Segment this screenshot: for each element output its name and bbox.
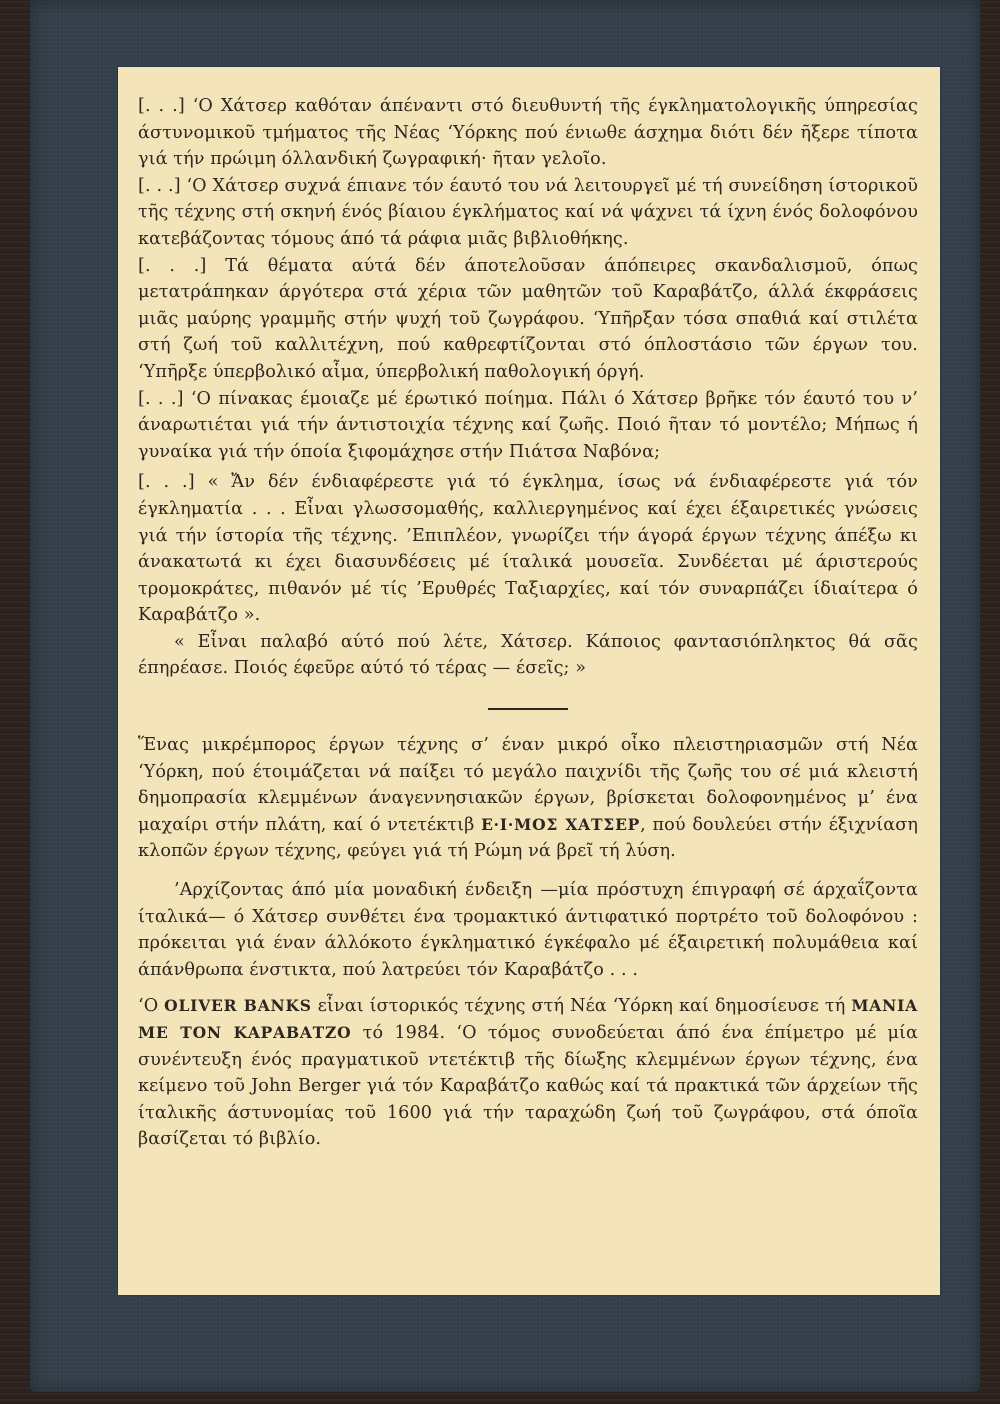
- section-divider: [488, 708, 568, 710]
- about-author-section: ‘Ο OLIVER BANKS εἶναι ίστορικός τέχνης σ…: [138, 993, 918, 1153]
- ellipsis-marker: [. . .]: [138, 176, 181, 196]
- excerpt-text: « Ἄν δέν ένδιαφέρεστε γιά τό έγκλημα, ίσ…: [138, 472, 918, 625]
- excerpts-section: [. . .] ‘Ο Χάτσερ καθόταν άπέναντι στό δ…: [138, 93, 918, 682]
- dialog-reply: « Εἶναι παλαβό αύτό πού λέτε, Χάτσερ. Κά…: [138, 629, 918, 682]
- synopsis-section: Ἕνας μικρέμπορος έργων τέχνης σ’ έναν μι…: [138, 732, 918, 983]
- excerpt-3: [. . .] Τά θέματα αύτά δέν άποτελοῦσαν ά…: [138, 253, 918, 386]
- ellipsis-marker: [. . .]: [138, 472, 195, 492]
- back-cover-text-label: [. . .] ‘Ο Χάτσερ καθόταν άπέναντι στό δ…: [118, 67, 940, 1295]
- synopsis-paragraph-2: ’Αρχίζοντας άπό μία μοναδική ένδειξη —μί…: [138, 877, 918, 983]
- ellipsis-marker: [. . .]: [138, 96, 185, 116]
- excerpt-4: [. . .] ‘Ο πίνακας έμοιαζε μέ έρωτικό πο…: [138, 386, 918, 466]
- excerpt-text: Τά θέματα αύτά δέν άποτελοῦσαν άπόπειρες…: [138, 256, 918, 382]
- excerpt-1: [. . .] ‘Ο Χάτσερ καθόταν άπέναντι στό δ…: [138, 93, 918, 173]
- excerpt-text: ‘Ο Χάτσερ καθόταν άπέναντι στό διευθυντή…: [138, 96, 918, 169]
- about-text: εἶναι ίστορικός τέχνης στή Νέα ‘Υόρκη κα…: [312, 996, 852, 1016]
- synopsis-paragraph-1: Ἕνας μικρέμπορος έργων τέχνης σ’ έναν μι…: [138, 732, 918, 865]
- ellipsis-marker: [. . .]: [138, 389, 184, 409]
- ellipsis-marker: [. . .]: [138, 256, 206, 276]
- author-name: OLIVER BANKS: [164, 996, 312, 1015]
- excerpt-2: [. . .] ‘Ο Χάτσερ συχνά έπιανε τόν έαυτό…: [138, 173, 918, 253]
- excerpt-5: [. . .] « Ἄν δέν ένδιαφέρεστε γιά τό έγκ…: [138, 469, 918, 629]
- about-text: ‘Ο: [138, 996, 164, 1016]
- detective-name: Ε·Ι·ΜΟΣ ΧΑΤΣΕΡ: [481, 815, 640, 834]
- excerpt-text: ‘Ο πίνακας έμοιαζε μέ έρωτικό ποίημα. Πά…: [138, 389, 918, 462]
- excerpt-text: ‘Ο Χάτσερ συχνά έπιανε τόν έαυτό του νά …: [138, 176, 918, 249]
- book-back-cover: [. . .] ‘Ο Χάτσερ καθόταν άπέναντι στό δ…: [30, 0, 980, 1392]
